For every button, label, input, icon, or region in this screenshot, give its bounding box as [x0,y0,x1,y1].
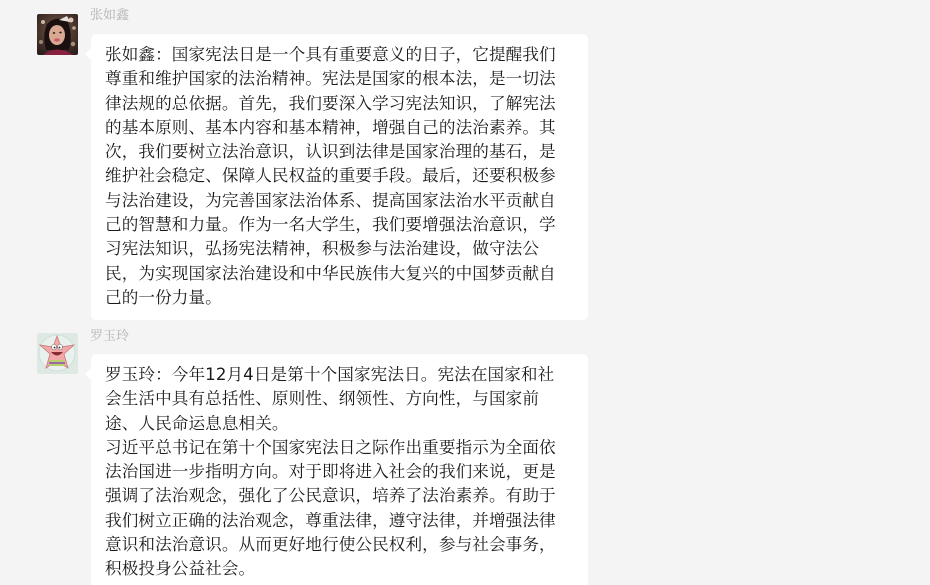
message-bubble[interactable]: 罗玉玲：今年12月4日是第十个国家宪法日。宪法在国家和社 会生活中具有总括性、原… [91,354,588,585]
message-text-line: 律法规的总依据。首先，我们要深入学习宪法知识，了解宪法 [105,92,574,116]
message-text-line: 习宪法知识，弘扬宪法精神，积极参与法治建设，做守法公 [105,237,574,261]
message-text-line: 会生活中具有总括性、原则性、纲领性、方向性，与国家前 [105,387,574,411]
message-text-line: 意识和法治意识。从而更好地行使公民权利，参与社会事务， [105,533,574,557]
message-text-line: 次，我们要树立法治意识，认识到法律是国家治理的基石，是 [105,140,574,164]
message-text-line: 习近平总书记在第十个国家宪法日之际作出重要指示为全面依 [105,436,574,460]
message-text-line: 维护社会稳定、保障人民权益的重要手段。最后，还要积极参 [105,164,574,188]
message-text-line: 张如鑫：国家宪法日是一个具有重要意义的日子，它提醒我们 [105,43,574,67]
message-text-line: 罗玉玲：今年12月4日是第十个国家宪法日。宪法在国家和社 [105,363,574,387]
message-text-line: 己的智慧和力量。作为一名大学生，我们要增强法治意识，学 [105,213,574,237]
message-text-line: 法治国进一步指明方向。对于即将进入社会的我们来说，更是 [105,460,574,484]
message-text-line: 积极投身公益社会。 [105,557,574,581]
message-text-line: 强调了法治观念，强化了公民意识，培养了法治素养。有助于 [105,484,574,508]
patrick-star-icon [37,333,78,374]
message-text-line: 尊重和维护国家的法治精神。宪法是国家的根本法，是一切法 [105,67,574,91]
sender-name: 张如鑫 [90,8,129,24]
message-text-line: 途、人民命运息息相关。 [105,412,574,436]
chat-message-list[interactable]: 张如鑫 张如鑫：国家宪法日是一个具有重要意义的日子，它提醒我们 尊重和维护国家的… [0,0,930,585]
message-text-line: 我们树立正确的法治观念，尊重法律，遵守法律，并增强法律 [105,509,574,533]
message-bubble[interactable]: 张如鑫：国家宪法日是一个具有重要意义的日子，它提醒我们 尊重和维护国家的法治精神… [91,34,588,320]
message-text-line: 己的一份力量。 [105,286,574,310]
avatar-portrait-photo[interactable] [37,14,78,55]
avatar-patrick-star[interactable] [37,333,78,374]
message-text-line: 与法治建设，为完善国家法治体系、提高国家法治水平贡献自 [105,189,574,213]
portrait-photo-icon [37,14,78,55]
message-text-line: 民，为实现国家法治建设和中华民族伟大复兴的中国梦贡献自 [105,262,574,286]
message-text-line: 的基本原则、基本内容和基本精神，增强自己的法治素养。其 [105,116,574,140]
sender-name: 罗玉玲 [90,329,129,345]
